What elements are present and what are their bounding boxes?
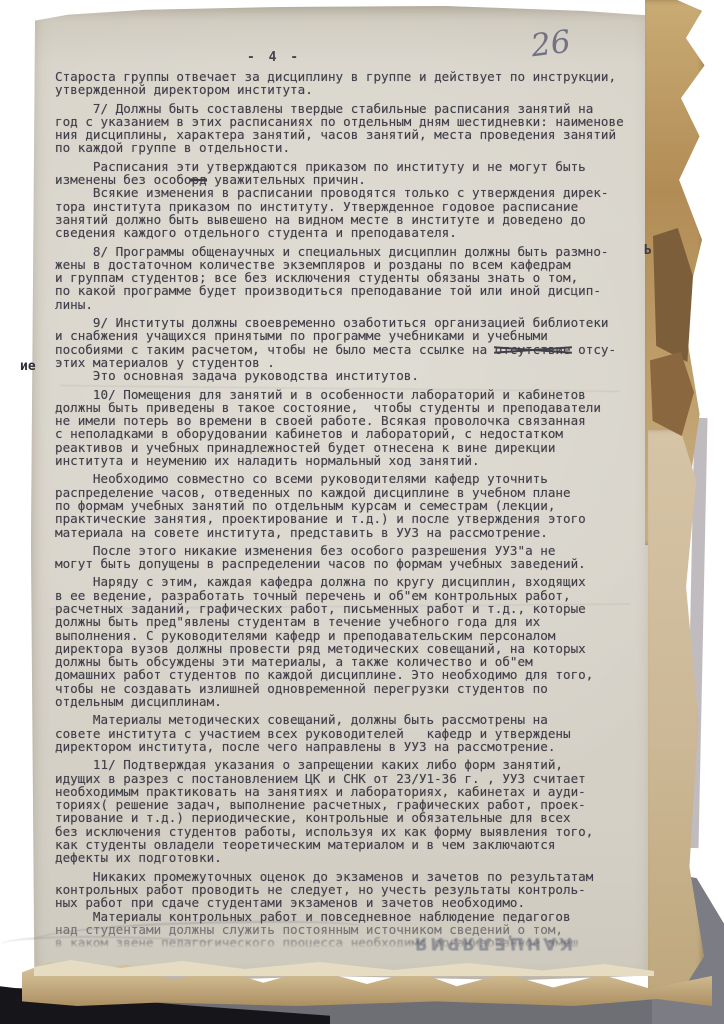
text-line: по формам учебных занятий по отдельным к… — [55, 499, 655, 512]
text-line: ния дисциплины, характера занятий, часов… — [55, 128, 655, 141]
text-line: в ее ведение, разработать точный перечен… — [55, 589, 655, 602]
text-line: ных работ при сдаче студентами экзаменов… — [55, 896, 655, 909]
text-line: чтобы не создавать излишней одновременно… — [55, 682, 655, 695]
text-line: После этого никакие изменения без особог… — [55, 544, 655, 557]
text-line: института и неумению их наладить нормаль… — [55, 454, 655, 467]
text-line: лины. — [55, 298, 655, 311]
text-line: изменены без особорд уважительных причин… — [55, 173, 655, 186]
text-line: не имели потерь во времени в своей работ… — [55, 414, 655, 427]
text-line: и снабжения учащихся принятыми по програ… — [55, 329, 655, 342]
text-line: 8/ Программы общенаучных и специальных д… — [55, 245, 655, 258]
text-line: по какой программе будет производиться п… — [55, 284, 655, 297]
text-line: без исключения студентов работы, использ… — [55, 825, 655, 838]
text-line: 10/ Помещения для занятий и в особенност… — [55, 388, 655, 401]
text-line: должны быть обсуждены эти материалы, а т… — [55, 655, 655, 668]
text-line: 7/ Должны быть составлены твердые стабил… — [55, 102, 655, 115]
text-line: 9/ Институты должны своевременно озаботи… — [55, 316, 655, 329]
text-line: утвержденной директором института. — [55, 83, 655, 96]
text-line: Расписания эти утверждаются приказом по … — [55, 160, 655, 173]
page-number: - 4 - — [247, 50, 301, 65]
text-line: Никаких промежуточных оценок до экзамено… — [55, 870, 655, 883]
text-line: ториях( решение задач, выполнение расчет… — [55, 798, 655, 811]
text-line: совете института с участием всех руковод… — [55, 727, 655, 740]
inverted-ink-stamp: КАНЦЕЛЯРИЯ — [389, 933, 595, 953]
text-line: Староста группы отвечает за дисциплину в… — [55, 70, 655, 83]
text-line: отдельным дисциплинам. — [55, 695, 655, 708]
text-line: по каждой группе в отдельности. — [55, 141, 655, 154]
text-line: материала на совете института, представи… — [55, 526, 655, 539]
text-line: занятий должно быть вывешено на видном м… — [55, 213, 655, 226]
text-line: Материалы контрольных работ и повседневн… — [55, 910, 655, 923]
text-line: могут быть допущены в распределении часо… — [55, 557, 655, 570]
document-text: Староста группы отвечает за дисциплину в… — [55, 70, 655, 954]
text-line: пособиями с таким расчетом, чтобы не был… — [55, 343, 655, 356]
text-line: как студенты овладели теоретическим мате… — [55, 838, 655, 851]
text-line: должны быть приведены в такое состояние,… — [55, 401, 655, 414]
text-line: жены в достаточном количестве экземпляро… — [55, 258, 655, 271]
margin-text-fragment-right: Ь — [644, 243, 652, 258]
text-line: контрольных работ проводить не следует, … — [55, 883, 655, 896]
text-line: дефекты их подготовки. — [55, 851, 655, 864]
text-line: практические занятия, проектирование и т… — [55, 512, 655, 525]
text-line: реактивов и учебных принадлежностей буде… — [55, 441, 655, 454]
text-line: год с указанием в этих расписаниях по от… — [55, 115, 655, 128]
text-line: Наряду с этим, каждая кафедра должна по … — [55, 575, 655, 588]
text-line: 11/ Подтверждая указания о запрещении ка… — [55, 758, 655, 771]
text-line: директором института, после чего направл… — [55, 740, 655, 753]
text-line: тора института приказом по институту. Ут… — [55, 200, 655, 213]
text-line: домашних работ студентов по каждой дисци… — [55, 668, 655, 681]
text-line: тирование и т.д.) периодические, контрол… — [55, 811, 655, 824]
text-line: Это основная задача руководства институт… — [55, 369, 655, 382]
text-line: необходимым практиковать на занятиях и л… — [55, 785, 655, 798]
text-line: Необходимо совместно со всеми руководите… — [55, 472, 655, 485]
text-line: распределение часов, отведенных по каждо… — [55, 486, 655, 499]
struck-out-text: рд — [191, 173, 206, 186]
text-line: с неполадками в оборудовании кабинетов и… — [55, 427, 655, 440]
margin-text-fragment-left: ие — [20, 359, 36, 374]
text-line: этих материалов у студентов . — [55, 356, 655, 369]
text-line: расчетных заданий, графических работ, пи… — [55, 602, 655, 615]
text-line: Материалы методических совещаний, должны… — [55, 713, 655, 726]
handwritten-page-number: 26 — [529, 24, 573, 65]
text-line: Всякие изменения в расписании проводятся… — [55, 186, 655, 199]
text-line: идущих в разрез с постановлением ЦК и СН… — [55, 772, 655, 785]
struck-out-text: отсутствие — [495, 343, 571, 356]
text-line: должны быть пред"явлены студентам в тече… — [55, 615, 655, 628]
text-line: сведения каждого отдельного студента и п… — [55, 226, 655, 239]
text-line: выполнения. С руководителями кафедр и пр… — [55, 629, 655, 642]
text-line: и группам студентов; все без исключения … — [55, 271, 655, 284]
text-line: директора вузов должны провести ряд мето… — [55, 642, 655, 655]
